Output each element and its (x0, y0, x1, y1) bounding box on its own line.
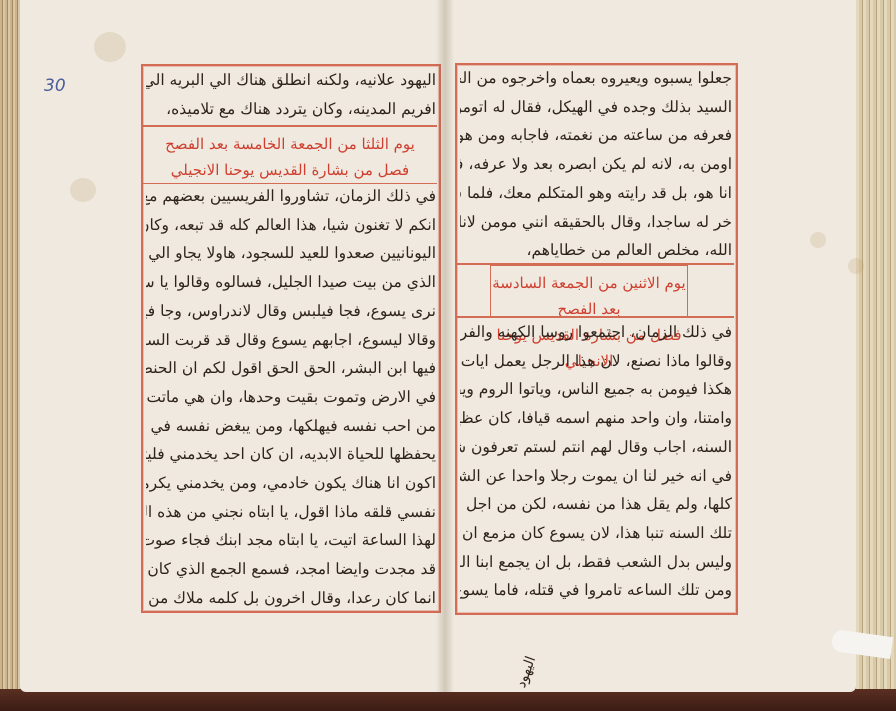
text-line: اكون انا هناك يكون خادمي، ومن يخدمني يكر… (146, 469, 436, 498)
text-line: خر له ساجدا، وقال بالحقيقه انني مومن لان… (460, 208, 732, 237)
text-line: وامتنا، وان واحد منهم اسمه قيافا، كان عظ… (460, 404, 732, 433)
text-line: اليونانيين صعدوا للعيد للسجود، هاولا يجا… (146, 239, 436, 268)
text-line: جعلوا يسبوه ويعيروه بعماه واخرجوه من الج… (460, 64, 732, 93)
page-gutter (436, 0, 454, 692)
text-line: انا هو، بل قد رايته وهو المتكلم معك، فلم… (460, 179, 732, 208)
foxing-stain (810, 232, 826, 248)
right-page-rubric: يوم الاثنين من الجمعة السادسة بعد الفصح … (490, 265, 688, 317)
text-line: السيد بذلك وجده في الهيكل، فقال له اتومن… (460, 93, 732, 122)
text-line: فعرفه من ساعته من نغمته، فاجابه ومن هو ي… (460, 121, 732, 150)
text-line: وقالوا ماذا نصنع، لان هذا الرجل يعمل ايا… (460, 347, 732, 376)
text-line: الله، مخلص العالم من خطاياهم، (460, 236, 732, 264)
text-line: الذي من بيت صيدا الجليل، فسالوه وقالوا ي… (146, 268, 436, 297)
text-line: افريم المدينه، وكان يتردد هناك مع تلاميذ… (146, 95, 436, 124)
text-line: انكم لا تغنون شيا، هذا العالم كله قد تبع… (146, 211, 436, 240)
text-line: اومن به، لانه لم يكن ابصره بعد ولا عرفه،… (460, 150, 732, 179)
book-edge-right (852, 0, 896, 690)
text-line: السنه، اجاب وقال لهم انتم لستم تعرفون شي… (460, 433, 732, 462)
rubric-title: يوم الاثنين من الجمعة السادسة بعد الفصح (491, 270, 687, 322)
text-line: وليس بدل الشعب فقط، بل ان يجمع ابنا الله… (460, 548, 732, 577)
text-line: وقالا ليسوع، اجابهم يسوع وقال قد قربت ال… (146, 326, 436, 355)
text-line: في الارض وتموت بقيت وحدها، وان هي ماتت ا… (146, 383, 436, 412)
left-page-body-text: في ذلك الزمان، تشاوروا الفريسيين بعضهم م… (146, 182, 436, 608)
binding-cover (0, 689, 896, 711)
text-line: اليهود علانيه، ولكنه انطلق هناك الي البر… (146, 66, 436, 95)
text-line: في انه خير لنا ان يموت رجلا واحدا عن الش… (460, 462, 732, 491)
text-line: نرى يسوع، فجا فيلبس وقال لاندراوس، وجا ف… (146, 297, 436, 326)
text-line: ومن تلك الساعه تامروا في قتله، فاما يسوع… (460, 576, 732, 605)
text-line: تلك السنه تنبا هذا، لان يسوع كان مزمع ان… (460, 519, 732, 548)
foxing-stain (94, 32, 126, 62)
text-line: في ذلك الزمان، اجتمعوا روسا الكهنه والفر… (460, 318, 732, 347)
folio-number: 30 (44, 76, 66, 96)
text-line: في ذلك الزمان، تشاوروا الفريسيين بعضهم م… (146, 182, 436, 211)
text-line: كلها، ولم يقل هذا من نفسه، لكن من اجل ان… (460, 490, 732, 519)
text-line: نفسي قلقه ماذا اقول، يا ابتاه نجني من هذ… (146, 498, 436, 527)
left-page-rubric: يوم الثلثا من الجمعة الخامسة بعد الفصح ف… (143, 127, 437, 184)
text-line: انما كان رعدا، وقال اخرون بل كلمه ملاك م… (146, 584, 436, 608)
left-page-top-text: اليهود علانيه، ولكنه انطلق هناك الي البر… (146, 66, 436, 126)
text-line: يحفظها للحياة الابديه، ان كان احد يخدمني… (146, 440, 436, 469)
text-line: قد مجدت وايضا امجد، فسمع الجمع الذي كان … (146, 555, 436, 584)
text-line: فيها ابن البشر، الحق الحق اقول لكم ان ال… (146, 354, 436, 383)
foxing-stain (70, 178, 96, 202)
text-line: من احب نفسه فيهلكها، ومن يبغض نفسه في هذ… (146, 412, 436, 441)
rubric-subtitle: فصل من بشارة القديس يوحنا الانجيلي (143, 157, 437, 183)
foxing-stain (848, 258, 864, 274)
right-page-body-text: في ذلك الزمان، اجتمعوا روسا الكهنه والفر… (460, 318, 732, 608)
text-line: هكذا فيومن به جميع الناس، وياتوا الروم و… (460, 375, 732, 404)
right-page-top-text: جعلوا يسبوه ويعيروه بعماه واخرجوه من الج… (460, 64, 732, 264)
text-line: لهذا الساعة اتيت، يا ابتاه مجد ابنك فجاء… (146, 526, 436, 555)
rubric-title: يوم الثلثا من الجمعة الخامسة بعد الفصح (143, 131, 437, 157)
